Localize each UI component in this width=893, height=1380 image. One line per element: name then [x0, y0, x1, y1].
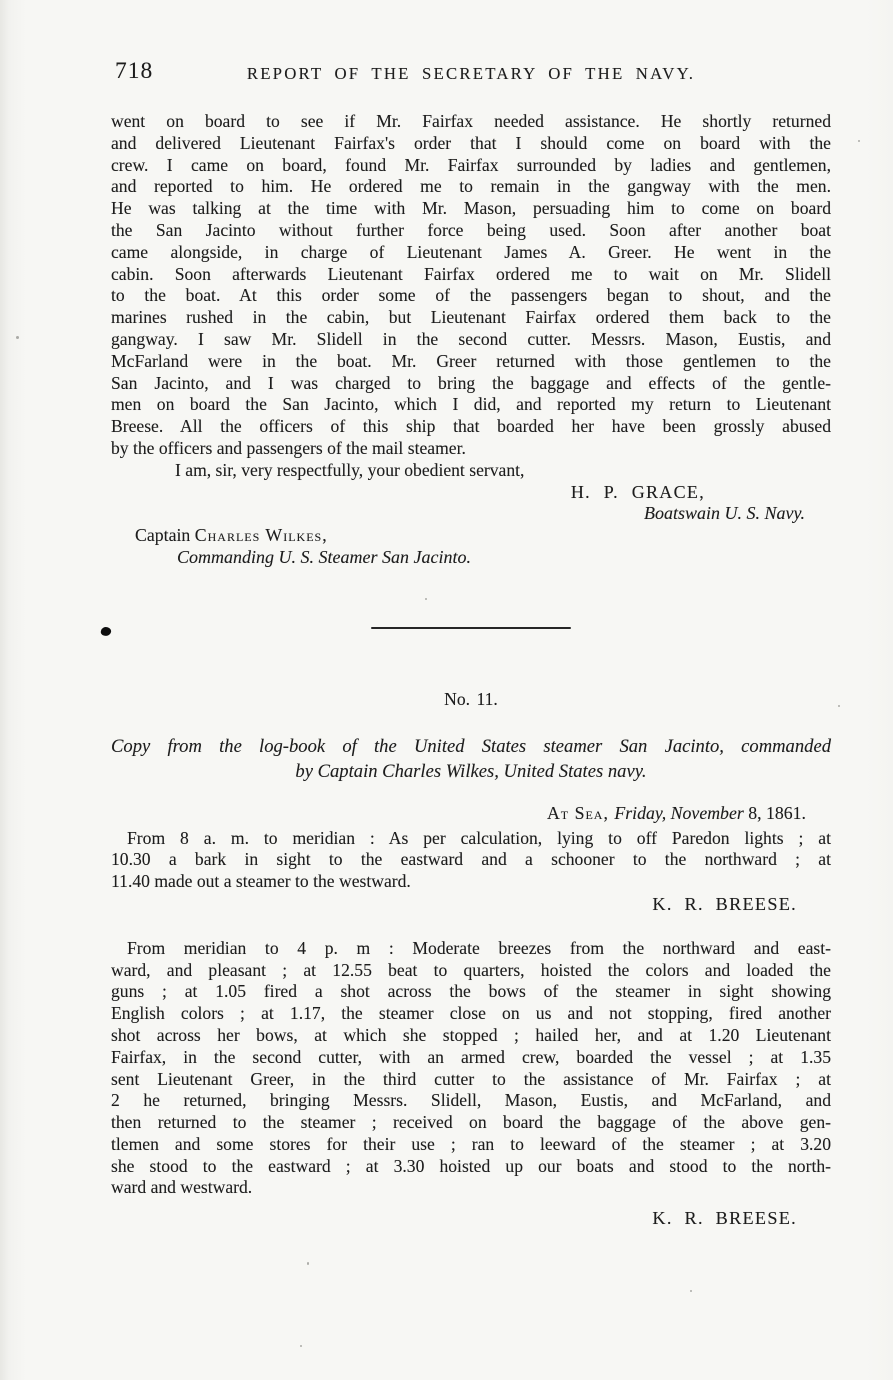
- scan-speck: [16, 336, 19, 339]
- scan-speck: [690, 1290, 692, 1292]
- dateline-place: At Sea,: [547, 803, 614, 823]
- text-line: men on board the San Jacinto, which I di…: [111, 394, 831, 416]
- text-line: crew. I came on board, found Mr. Fairfax…: [111, 155, 831, 177]
- signature-title: Boatswain U. S. Navy.: [111, 503, 831, 525]
- addressee-line: Captain Charles Wilkes,: [135, 525, 831, 547]
- text-line: From 8 a. m. to meridian : As per calcul…: [111, 828, 831, 850]
- page-number: 718: [115, 58, 153, 85]
- scan-speck: [307, 1262, 309, 1265]
- text-line: ward and westward.: [111, 1177, 831, 1199]
- text-line: she stood to the eastward ; at 3.30 hois…: [111, 1156, 831, 1178]
- log-signature-1: K. R. BREESE.: [111, 894, 831, 916]
- text-line: ward, and pleasant ; at 12.55 beat to qu…: [111, 960, 831, 982]
- text-line: He was talking at the time with Mr. Maso…: [111, 198, 831, 220]
- text-line: by the officers and passengers of the ma…: [111, 438, 831, 460]
- dateline-day-month: Friday, November: [614, 803, 748, 823]
- text-line: went on board to see if Mr. Fairfax need…: [111, 111, 831, 133]
- section-divider: [371, 627, 571, 629]
- scanned-document-page: 718 REPORT OF THE SECRETARY OF THE NAVY.…: [0, 0, 893, 1380]
- text-line: marines rushed in the cabin, but Lieuten…: [111, 307, 831, 329]
- log-heading-line2: by Captain Charles Wilkes, United States…: [111, 759, 831, 785]
- text-line: Fairfax, in the second cutter, with an a…: [111, 1047, 831, 1069]
- text-line: 11.40 made out a steamer to the westward…: [111, 871, 831, 893]
- addressee-prefix: Captain: [135, 525, 195, 545]
- text-line: the San Jacinto without further force be…: [111, 220, 831, 242]
- text-line: then returned to the steamer ; received …: [111, 1112, 831, 1134]
- letter-body: went on board to see if Mr. Fairfax need…: [111, 111, 831, 460]
- scan-speck: [838, 705, 840, 707]
- text-line: Breese. All the officers of this ship th…: [111, 416, 831, 438]
- signature-name: H. P. GRACE,: [111, 482, 831, 504]
- text-column: 718 REPORT OF THE SECRETARY OF THE NAVY.…: [111, 0, 831, 1230]
- text-line: and reported to him. He ordered me to re…: [111, 176, 831, 198]
- page-header: 718 REPORT OF THE SECRETARY OF THE NAVY.: [111, 60, 831, 87]
- text-line: sent Lieutenant Greer, in the third cutt…: [111, 1069, 831, 1091]
- text-line: to the boat. At this order some of the p…: [111, 285, 831, 307]
- letter-closing: I am, sir, very respectfully, your obedi…: [175, 460, 831, 482]
- log-heading: Copy from the log-book of the United Sta…: [111, 734, 831, 785]
- text-line: shot across her bows, at which she stopp…: [111, 1025, 831, 1047]
- log-signature-2: K. R. BREESE.: [111, 1208, 831, 1230]
- text-line: cabin. Soon afterwards Lieutenant Fairfa…: [111, 264, 831, 286]
- scan-speck: [300, 1345, 302, 1347]
- addressee-role: Commanding U. S. Steamer San Jacinto.: [177, 547, 831, 569]
- log-entry-1: From 8 a. m. to meridian : As per calcul…: [111, 828, 831, 893]
- text-line: 2 he returned, bringing Messrs. Slidell,…: [111, 1090, 831, 1112]
- scan-speck: [425, 598, 427, 600]
- text-line: came alongside, in charge of Lieutenant …: [111, 242, 831, 264]
- addressee-name: Charles Wilkes,: [195, 525, 328, 545]
- text-line: guns ; at 1.05 fired a shot across the b…: [111, 981, 831, 1003]
- log-entry-2: From meridian to 4 p. m : Moderate breez…: [111, 938, 831, 1200]
- log-heading-line1: Copy from the log-book of the United Sta…: [111, 734, 831, 760]
- text-line: San Jacinto, and I was charged to bring …: [111, 373, 831, 395]
- dateline: At Sea, Friday, November 8, 1861.: [111, 803, 831, 825]
- running-title: REPORT OF THE SECRETARY OF THE NAVY.: [111, 60, 831, 84]
- doc-number: No. 11.: [111, 689, 831, 710]
- text-line: and delivered Lieutenant Fairfax's order…: [111, 133, 831, 155]
- text-line: From meridian to 4 p. m : Moderate breez…: [111, 938, 831, 960]
- text-line: 10.30 a bark in sight to the eastward an…: [111, 849, 831, 871]
- text-line: English colors ; at 1.17, the steamer cl…: [111, 1003, 831, 1025]
- text-line: McFarland were in the boat. Mr. Greer re…: [111, 351, 831, 373]
- text-line: gangway. I saw Mr. Slidell in the second…: [111, 329, 831, 351]
- text-line: tlemen and some stores for their use ; r…: [111, 1134, 831, 1156]
- scan-speck: [858, 140, 860, 142]
- dateline-rest: 8, 1861.: [748, 803, 806, 823]
